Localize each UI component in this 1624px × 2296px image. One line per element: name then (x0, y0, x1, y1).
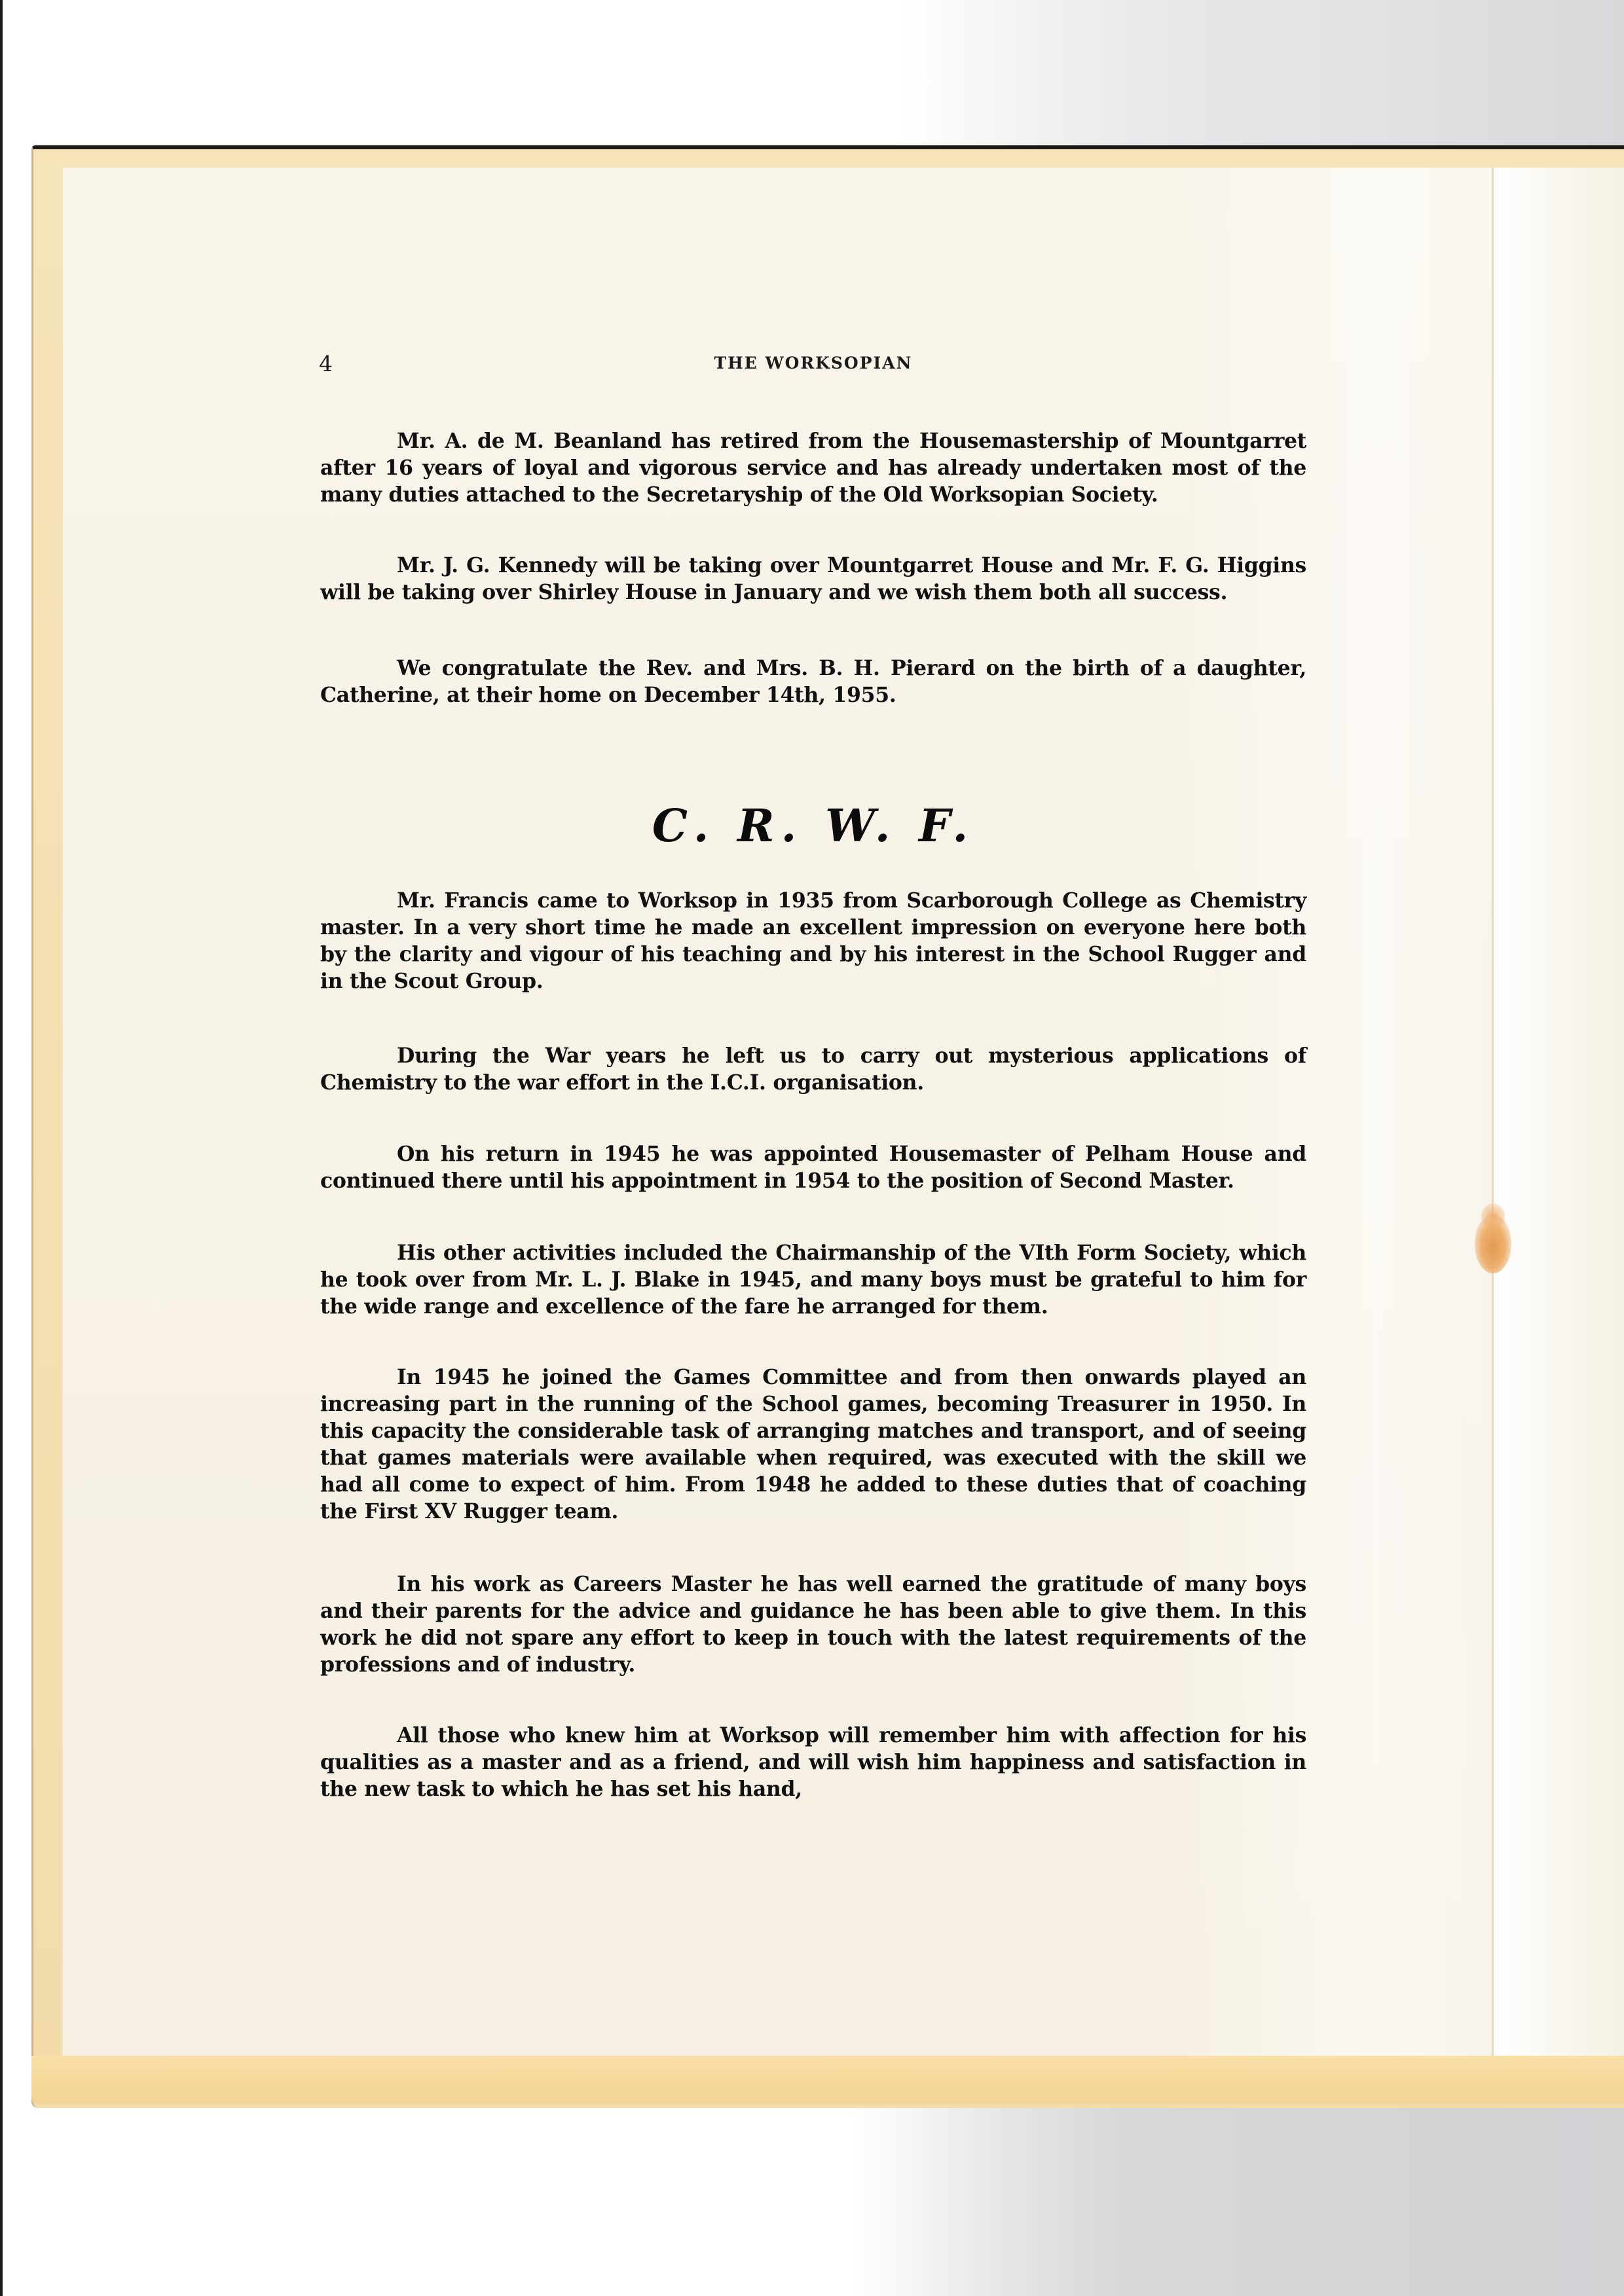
paragraph-form-society: His other activities included the Chairm… (320, 1239, 1306, 1320)
paragraph-careers-master: In his work as Careers Master he has wel… (320, 1571, 1306, 1678)
paragraph-pierard: We congratulate the Rev. and Mrs. B. H. … (320, 655, 1306, 708)
paragraph-kennedy-higgins: Mr. J. G. Kennedy will be taking over Mo… (320, 552, 1306, 606)
paragraph-text: On his return in 1945 he was appointed H… (320, 1140, 1306, 1194)
paragraph-text: Mr. A. de M. Beanland has retired from t… (320, 428, 1306, 508)
paragraph-farewell: All those who knew him at Worksop will r… (320, 1722, 1306, 1802)
rust-stain-mark (1475, 1214, 1511, 1273)
paragraph-pelham-house: On his return in 1945 he was appointed H… (320, 1140, 1306, 1194)
paragraph-text: During the War years he left us to carry… (320, 1042, 1306, 1096)
booklet-cover-bottom-edge (31, 2056, 1624, 2104)
paragraph-text: We congratulate the Rev. and Mrs. B. H. … (320, 655, 1306, 708)
paragraph-beanland: Mr. A. de M. Beanland has retired from t… (320, 428, 1306, 508)
scan-left-edge (0, 0, 3, 2296)
right-page-edge (1494, 168, 1624, 2056)
scanner-shadow-top (917, 0, 1624, 151)
section-heading: C. R. W. F. (320, 800, 1306, 852)
paragraph-text: In 1945 he joined the Games Committee an… (320, 1364, 1306, 1525)
paragraph-text: Mr. J. G. Kennedy will be taking over Mo… (320, 552, 1306, 606)
paragraph-arrival: Mr. Francis came to Worksop in 1935 from… (320, 887, 1306, 994)
paragraph-text: In his work as Careers Master he has wel… (320, 1571, 1306, 1678)
paragraph-text: All those who knew him at Worksop will r… (320, 1722, 1306, 1802)
journal-title: THE WORKSOPIAN (319, 354, 1308, 373)
paragraph-games-committee: In 1945 he joined the Games Committee an… (320, 1364, 1306, 1525)
scanner-shadow-bottom (851, 2095, 1624, 2296)
running-header: 4 THE WORKSOPIAN (319, 351, 1308, 377)
paragraph-war-years: During the War years he left us to carry… (320, 1042, 1306, 1096)
paragraph-text: Mr. Francis came to Worksop in 1935 from… (320, 887, 1306, 994)
paragraph-text: His other activities included the Chairm… (320, 1239, 1306, 1320)
